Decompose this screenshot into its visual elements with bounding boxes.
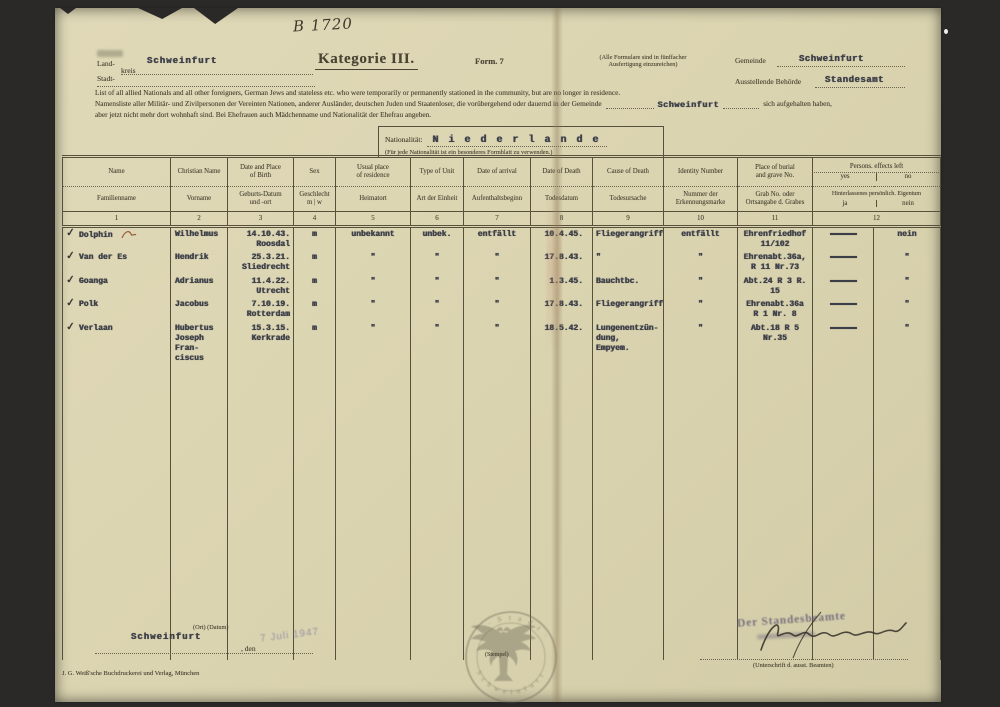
checkmark-icon: ✓	[66, 275, 76, 286]
cell-residence: unbekannt	[336, 227, 411, 252]
cell-effects_nein: "	[874, 275, 941, 298]
dash-mark	[830, 280, 857, 282]
cell-effects_ja	[813, 322, 874, 365]
dotted-line	[700, 658, 908, 660]
eagle-seal-stamp: · S t a d t · S c h w e i n f u r t	[457, 604, 565, 707]
dash-mark	[830, 256, 857, 258]
form-number: Form. 7	[475, 56, 504, 66]
cell-death: 10.4.45.	[531, 227, 593, 252]
cell-effects_nein: nein	[874, 227, 941, 252]
cell-death: 17.8.43.	[531, 251, 593, 275]
cell-effects_ja	[813, 251, 874, 275]
cell-residence: "	[336, 298, 411, 322]
cell-arrival: "	[464, 275, 531, 298]
cell-unit: "	[411, 298, 464, 322]
checkmark-icon: ✓	[66, 228, 76, 239]
cell-name: ✓Goanga	[63, 275, 171, 298]
dash-mark	[830, 327, 857, 329]
cell-sex: m	[294, 322, 336, 365]
cell-sex: m	[294, 227, 336, 252]
effects-en-label: Persons. effects left	[814, 163, 939, 171]
col-number-7: 7	[464, 212, 531, 227]
col-number-12: 12	[813, 212, 941, 227]
surname-text: Polk	[79, 300, 98, 309]
behoerde-label: Ausstellende Behörde	[735, 77, 801, 86]
cell-identity: "	[664, 322, 738, 365]
cell-birth: 14.10.43. Roosdal	[228, 227, 294, 252]
effects-no-label: no	[876, 173, 939, 181]
col-header-de-9: Todesursache	[593, 187, 664, 212]
cell-unit: "	[411, 275, 464, 298]
kreis-typed-value: Schweinfurt	[147, 56, 217, 66]
col-number-8: 8	[531, 212, 593, 227]
empty-cell	[171, 365, 228, 660]
intro-german-line2: aber jetzt nicht mehr dort wohnhaft sind…	[95, 110, 940, 120]
col-header-de-3: Geburts-Datum und -ort	[228, 187, 294, 212]
intro-english: List of all allied Nationals and all oth…	[95, 88, 940, 98]
empty-cell	[63, 365, 171, 660]
effects-yes-label: yes	[814, 173, 876, 181]
cell-residence: "	[336, 322, 411, 365]
col-number-6: 6	[411, 212, 464, 227]
cell-effects_nein: "	[874, 322, 941, 365]
gemeinde-typed-value: Schweinfurt	[799, 54, 864, 64]
cell-burial: Abt.24 R 3 R. 15	[738, 275, 813, 298]
col-number-11: 11	[738, 212, 813, 227]
cell-arrival: "	[464, 251, 531, 275]
col-number-9: 9	[593, 212, 664, 227]
checkmark-icon: ✓	[66, 298, 76, 309]
col-header-en-12: Persons. effects leftyesno	[813, 157, 941, 187]
col-header-en-4: Sex	[294, 157, 336, 187]
gemeinde-label: Gemeinde	[735, 56, 766, 65]
col-number-2: 2	[171, 212, 228, 227]
form-title: Kategorie III.	[315, 51, 418, 70]
col-number-5: 5	[336, 212, 411, 227]
cell-sex: m	[294, 251, 336, 275]
cell-arrival: entfällt	[464, 227, 531, 252]
col-header-en-8: Date of Death	[531, 157, 593, 187]
col-header-en-6: Type of Unit	[411, 157, 464, 187]
nationality-label: Nationalität:	[385, 135, 423, 144]
scanned-document-page: { "colors": {"background":"#2a2927","pap…	[0, 0, 1000, 707]
cell-identity: "	[664, 298, 738, 322]
land-label: Land-	[97, 59, 115, 68]
ort-datum-label: (Ort) (Datum)	[193, 624, 229, 631]
cell-vorname: Wilhelmus	[171, 227, 228, 252]
col-header-en-2: Christian Name	[171, 157, 228, 187]
cell-sex: m	[294, 275, 336, 298]
col-header-de-5: Heimatort	[336, 187, 411, 212]
nationality-box: Nationalität: N i e d e r l a n d e (Für…	[378, 126, 664, 158]
record-table-host: NameChristian NameDate and Place of Birt…	[62, 155, 941, 660]
table-row: ✓VerlaanHubertus Joseph Fran- ciscus15.3…	[63, 322, 941, 365]
checkmark-icon: ✓	[66, 322, 76, 333]
col-header-en-3: Date and Place of Birth	[228, 157, 294, 187]
cell-unit: unbek.	[411, 227, 464, 252]
stadt-label: Stadt-	[97, 74, 115, 83]
dotted-line	[121, 73, 313, 75]
cell-cause: Bauchtbc.	[593, 275, 664, 298]
signature-caption: (Unterschrift d. ausst. Beamten)	[753, 662, 834, 669]
cell-cause: "	[593, 251, 664, 275]
empty-cell	[411, 365, 464, 660]
col-header-de-1: Familienname	[63, 187, 171, 212]
cell-burial: Ehrenabt.36a R 1 Nr. 8	[738, 298, 813, 322]
cell-arrival: "	[464, 298, 531, 322]
cell-birth: 15.3.15. Kerkrade	[228, 322, 294, 365]
col-header-en-7: Date of arrival	[464, 157, 531, 187]
col-header-en-1: Name	[63, 157, 171, 187]
effects-de-label: Hinterlassenes persönlich. Eigentum	[814, 191, 939, 199]
cell-birth: 25.3.21. Sliedrecht	[228, 251, 294, 275]
signature	[723, 610, 908, 662]
cell-vorname: Hendrik	[171, 251, 228, 275]
seal-bottom-text: S c h w e i n f u r t	[475, 669, 546, 696]
dotted-line	[97, 85, 315, 87]
surname-text: Verlaan	[79, 324, 113, 333]
cell-death: 1.3.45.	[531, 275, 593, 298]
cell-burial: Ehrenabt.36a, R 11 Nr.73	[738, 251, 813, 275]
cell-name: ✓Verlaan	[63, 322, 171, 365]
col-number-4: 4	[294, 212, 336, 227]
cell-identity: "	[664, 275, 738, 298]
behoerde-typed-value: Standesamt	[825, 75, 884, 85]
cell-death: 17.8.43.	[531, 298, 593, 322]
cell-birth: 11.4.22. Utrecht	[228, 275, 294, 298]
cell-effects_nein: "	[874, 251, 941, 275]
cell-burial: Abt.18 R 5 Nr.35	[738, 322, 813, 365]
intro-paragraph: List of all allied Nationals and all oth…	[95, 88, 940, 120]
col-header-de-8: Todesdatum	[531, 187, 593, 212]
cell-cause: Fliegerangriff	[593, 227, 664, 252]
empty-cell	[593, 365, 664, 660]
dotted-line	[95, 652, 313, 654]
cell-vorname: Hubertus Joseph Fran- ciscus	[171, 322, 228, 365]
dust-speck	[944, 29, 948, 34]
stempel-label: (Stempel)	[485, 652, 509, 658]
col-header-de-10: Nummer der Erkennungsmarke	[664, 187, 738, 212]
col-header-en-5: Usual place of residence	[336, 157, 411, 187]
cell-birth: 7.10.19. Rotterdam	[228, 298, 294, 322]
cell-effects_ja	[813, 275, 874, 298]
handwritten-ref-number: B 1720	[293, 14, 354, 35]
cell-death: 18.5.42.	[531, 322, 593, 365]
table-row: ✓GoangaAdrianus11.4.22. Utrechtm"""1.3.4…	[63, 275, 941, 298]
cell-vorname: Jacobus	[171, 298, 228, 322]
svg-text:S c h w e i n f u r t: S c h w e i n f u r t	[475, 669, 546, 696]
copies-note: (Alle Formulare sind in fünffacher Ausfe…	[568, 54, 718, 68]
cell-name: ✓Polk	[63, 298, 171, 322]
cell-name: ✓Van der Es	[63, 251, 171, 275]
cell-unit: "	[411, 322, 464, 365]
intro-german-line1: Namensliste aller Militär- und Zivilpers…	[95, 99, 940, 109]
cell-effects_ja	[813, 227, 874, 252]
cell-residence: "	[336, 251, 411, 275]
dash-mark	[830, 233, 857, 235]
empty-cell	[294, 365, 336, 660]
dotted-line	[777, 65, 905, 67]
col-header-de-2: Vorname	[171, 187, 228, 212]
table-row: ✓PolkJacobus7.10.19. Rotterdamm"""17.8.4…	[63, 298, 941, 322]
cell-arrival: "	[464, 322, 531, 365]
dotted-gap	[606, 102, 654, 109]
col-header-en-10: Identity Number	[664, 157, 738, 187]
record-table: NameChristian NameDate and Place of Birt…	[62, 155, 941, 660]
surname-text: Goanga	[79, 277, 108, 286]
col-header-de-7: Aufenthaltsbeginn	[464, 187, 531, 212]
dash-mark	[830, 303, 857, 305]
col-number-10: 10	[664, 212, 738, 227]
effects-ja-label: ja	[814, 200, 876, 208]
effects-nein-label: nein	[876, 200, 939, 208]
surname-text: Dolphin	[79, 231, 113, 240]
dotted-gap	[723, 102, 759, 109]
cell-name: ✓Dolphin	[63, 227, 171, 252]
document-paper: B 1720 Land- Stadt- kreis Schweinfurt Ka…	[55, 8, 941, 702]
cell-unit: "	[411, 251, 464, 275]
table-row: ✓Van der EsHendrik25.3.21. Sliedrechtm""…	[63, 251, 941, 275]
nationality-typed-value: N i e d e r l a n d e	[427, 135, 607, 147]
cell-sex: m	[294, 298, 336, 322]
cell-cause: Fliegerangriff	[593, 298, 664, 322]
cell-burial: Ehrenfriedhof 11/102	[738, 227, 813, 252]
footer-ort-typed: Schweinfurt	[131, 632, 201, 642]
col-header-de-12: Hinterlassenes persönlich. Eigentumjanei…	[813, 187, 941, 212]
col-number-3: 3	[228, 212, 294, 227]
empty-cell	[336, 365, 411, 660]
printer-imprint: J. G. Weiß'sche Buchdruckerei und Verlag…	[62, 670, 199, 677]
col-header-de-11: Grab No. oder Ortsangabe d. Grabes	[738, 187, 813, 212]
ink-smudge	[97, 50, 123, 57]
cell-effects_nein: "	[874, 298, 941, 322]
col-header-en-9: Cause of Death	[593, 157, 664, 187]
gemeinde-inserted-typed: Schweinfurt	[658, 100, 720, 110]
cell-cause: Lungenentzün- dung, Empyem.	[593, 322, 664, 365]
col-header-de-4: Geschlecht m | w	[294, 187, 336, 212]
cell-effects_ja	[813, 298, 874, 322]
cell-residence: "	[336, 275, 411, 298]
cell-identity: "	[664, 251, 738, 275]
col-header-en-11: Place of burial and grave No.	[738, 157, 813, 187]
table-row: ✓DolphinWilhelmus14.10.43. Roosdalmunbek…	[63, 227, 941, 252]
handwritten-correction-mark	[121, 230, 137, 240]
checkmark-icon: ✓	[66, 251, 76, 262]
empty-cell	[228, 365, 294, 660]
cell-vorname: Adrianus	[171, 275, 228, 298]
cell-identity: entfällt	[664, 227, 738, 252]
surname-text: Van der Es	[79, 253, 127, 262]
col-header-de-6: Art der Einheit	[411, 187, 464, 212]
col-number-1: 1	[63, 212, 171, 227]
